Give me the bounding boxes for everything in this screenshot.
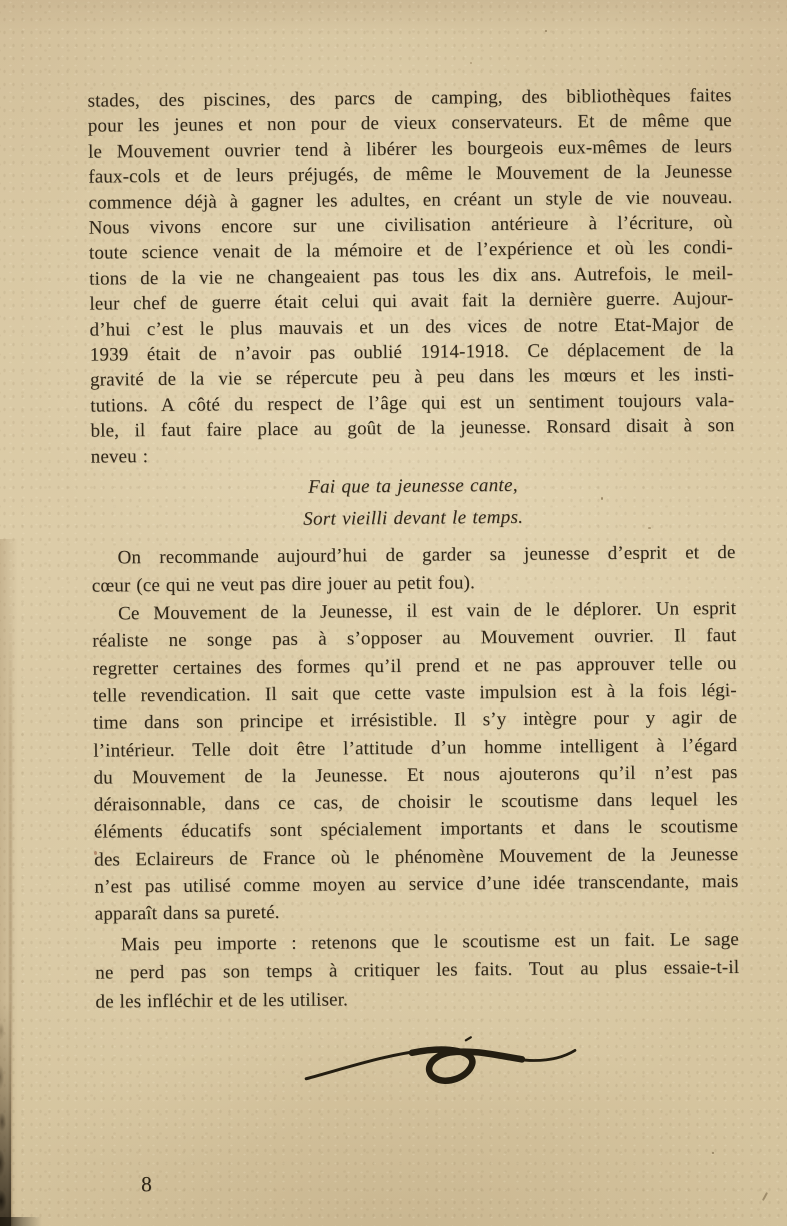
paragraph: stades, des piscines, des parcs de campi… (88, 83, 735, 470)
page-content: stades, des piscines, des parcs de campi… (0, 0, 787, 1226)
text-line: ne perd pas son temps à critiquer les fa… (95, 954, 739, 988)
calligraphic-flourish-icon (300, 1032, 581, 1098)
text-line: apparaît dans sa pureté. (95, 895, 739, 928)
text-line: de les infléchir et de les utiliser. (95, 983, 739, 1017)
scanned-book-page: stades, des piscines, des parcs de campi… (0, 0, 787, 1226)
text-line: On recommande aujourd’hui de garder sa j… (92, 539, 736, 573)
body-text: stades, des piscines, des parcs de campi… (88, 83, 740, 1017)
paragraph: Ce Mouvement de la Jeunesse, il est vain… (92, 595, 739, 928)
verse-line: Sort vieilli devant le temps. (91, 500, 735, 537)
verse-quote: Fai que ta jeunesse cante, Sort vieilli … (91, 468, 736, 537)
paragraph: Mais peu importe : retenons que le scout… (95, 926, 740, 1017)
page-number: 8 (141, 1172, 152, 1197)
paragraph: On recommande aujourd’hui de garder sa j… (92, 539, 736, 601)
